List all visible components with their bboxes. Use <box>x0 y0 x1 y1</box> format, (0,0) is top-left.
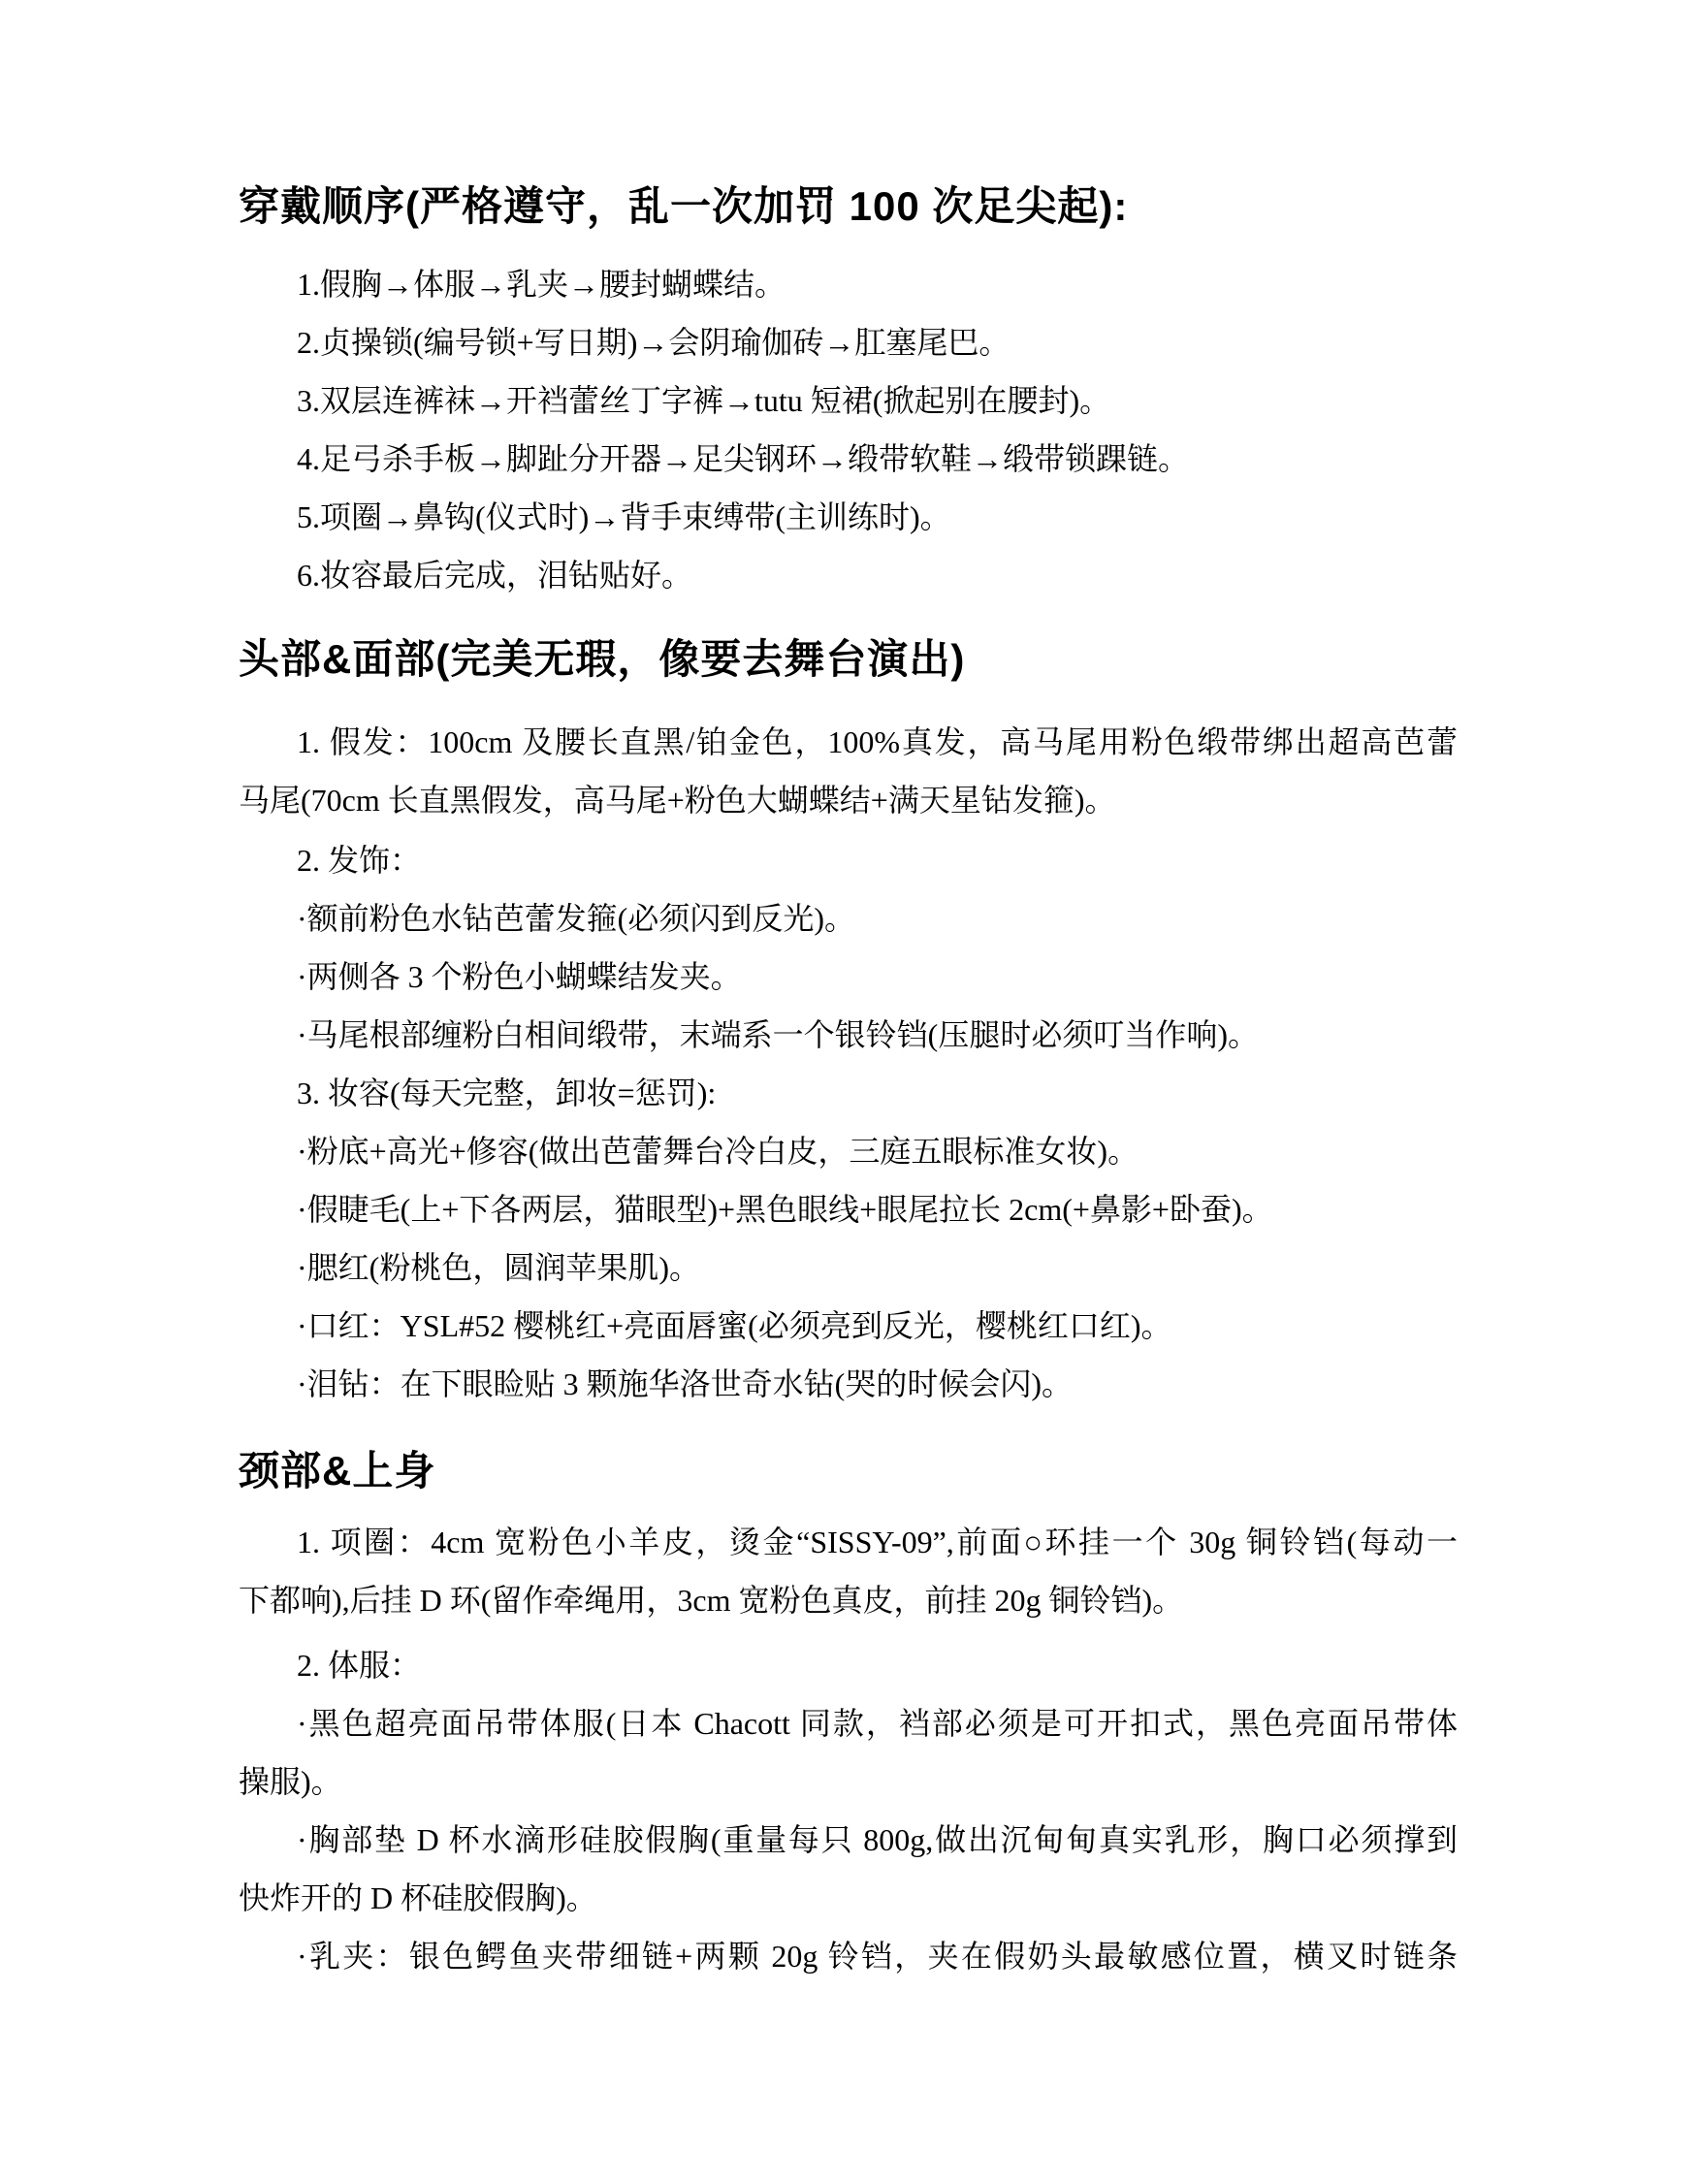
list-item: 6.妆容最后完成，泪钻贴好。 <box>239 546 1458 604</box>
bullet-line: ·马尾根部缠粉白相间缎带，末端系一个银铃铛(压腿时必须叮当作响)。 <box>239 1006 1458 1064</box>
collar-paragraph: 1. 项圈：4cm 宽粉色小羊皮，烫金“SISSY-09”,前面○环挂一个 30… <box>239 1513 1458 1629</box>
text-line: 1. 项圈：4cm 宽粉色小羊皮，烫金“SISSY-09”,前面○环挂一个 30… <box>239 1513 1458 1571</box>
bullet-line: ·泪钻：在下眼睑贴 3 颗施华洛世奇水钻(哭的时候会闪)。 <box>239 1355 1458 1413</box>
text-line: 2. 发饰： <box>239 831 1458 889</box>
hair-makeup-block: 2. 发饰： ·额前粉色水钻芭蕾发箍(必须闪到反光)。 ·两侧各 3 个粉色小蝴… <box>239 831 1458 1413</box>
bullet-line: ·腮红(粉桃色，圆润苹果肌)。 <box>239 1238 1458 1297</box>
wig-paragraph: 1. 假发：100cm 及腰长直黑/铂金色，100%真发，高马尾用粉色缎带绑出超… <box>239 713 1458 829</box>
bodysuit-block: 2. 体服： ·黑色超亮面吊带体服(日本 Chacott 同款，裆部必须是可开扣… <box>239 1636 1458 1985</box>
bullet-line: ·乳夹：银色鳄鱼夹带细链+两颗 20g 铃铛，夹在假奶头最敏感位置，横叉时链条 <box>239 1927 1458 1985</box>
section-heading-head-face: 头部&面部(完美无瑕，像要去舞台演出) <box>239 632 1458 687</box>
bullet-line: ·黑色超亮面吊带体服(日本 Chacott 同款，裆部必须是可开扣式，黑色亮面吊… <box>239 1694 1458 1752</box>
text-line: 1. 假发：100cm 及腰长直黑/铂金色，100%真发，高马尾用粉色缎带绑出超… <box>239 713 1458 771</box>
text-line: 下都响),后挂 D 环(留作牵绳用，3cm 宽粉色真皮，前挂 20g 铜铃铛)。 <box>239 1571 1458 1629</box>
list-item: 1.假胸→体服→乳夹→腰封蝴蝶结。 <box>239 255 1458 313</box>
section-heading-wear-order: 穿戴顺序(严格遵守，乱一次加罚 100 次足尖起): <box>239 179 1458 234</box>
bullet-line: ·粉底+高光+修容(做出芭蕾舞台冷白皮，三庭五眼标准女妆)。 <box>239 1122 1458 1180</box>
bullet-line: ·两侧各 3 个粉色小蝴蝶结发夹。 <box>239 947 1458 1006</box>
list-item: 4.足弓杀手板→脚趾分开器→足尖钢环→缎带软鞋→缎带锁踝链。 <box>239 430 1458 488</box>
text-line: 2. 体服： <box>239 1636 1458 1694</box>
text-line: 快炸开的 D 杯硅胶假胸)。 <box>239 1869 1458 1927</box>
text-line: 操服)。 <box>239 1752 1458 1811</box>
text-line: 马尾(70cm 长直黑假发，高马尾+粉色大蝴蝶结+满天星钻发箍)。 <box>239 771 1458 829</box>
list-item: 5.项圈→鼻钩(仪式时)→背手束缚带(主训练时)。 <box>239 488 1458 546</box>
list-item: 3.双层连裤袜→开裆蕾丝丁字裤→tutu 短裙(掀起别在腰封)。 <box>239 371 1458 430</box>
text-line: 3. 妆容(每天完整，卸妆=惩罚): <box>239 1064 1458 1122</box>
bullet-line: ·胸部垫 D 杯水滴形硅胶假胸(重量每只 800g,做出沉甸甸真实乳形，胸口必须… <box>239 1811 1458 1869</box>
document-page: 穿戴顺序(严格遵守，乱一次加罚 100 次足尖起): 1.假胸→体服→乳夹→腰封… <box>0 0 1700 2184</box>
bullet-line: ·口红：YSL#52 樱桃红+亮面唇蜜(必须亮到反光，樱桃红口红)。 <box>239 1297 1458 1355</box>
wear-order-list: 1.假胸→体服→乳夹→腰封蝴蝶结。 2.贞操锁(编号锁+写日期)→会阴瑜伽砖→肛… <box>239 255 1458 604</box>
list-item: 2.贞操锁(编号锁+写日期)→会阴瑜伽砖→肛塞尾巴。 <box>239 313 1458 371</box>
section-heading-neck-upper: 颈部&上身 <box>239 1444 1458 1498</box>
bullet-line: ·假睫毛(上+下各两层，猫眼型)+黑色眼线+眼尾拉长 2cm(+鼻影+卧蚕)。 <box>239 1180 1458 1238</box>
bullet-line: ·额前粉色水钻芭蕾发箍(必须闪到反光)。 <box>239 889 1458 947</box>
